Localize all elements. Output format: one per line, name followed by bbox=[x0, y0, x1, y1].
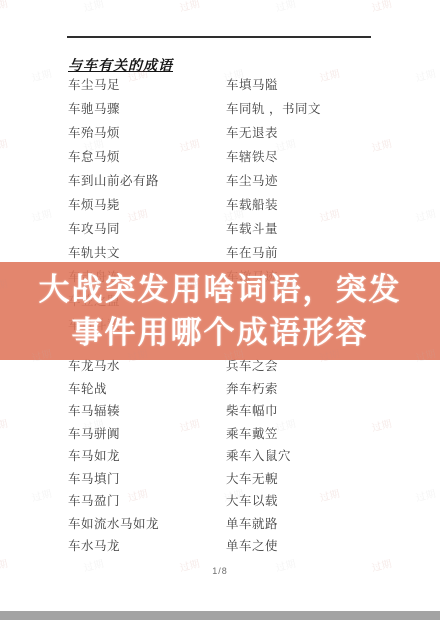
section-heading: 与车有关的成语 bbox=[68, 55, 173, 75]
idiom-item: 车尘马足 bbox=[68, 77, 120, 93]
idiom-item: 车尘马迹 bbox=[226, 173, 278, 189]
idiom-item: 车马辐辏 bbox=[68, 403, 120, 419]
banner-title-line1: 大战突发用啥词语，突发 bbox=[39, 268, 402, 311]
idiom-item: 车烦马毙 bbox=[68, 197, 120, 213]
idiom-item: 车殆马烦 bbox=[68, 125, 120, 141]
banner-title-line2: 事件用哪个成语形容 bbox=[72, 311, 369, 354]
watermark-stamp: 过期 bbox=[275, 0, 297, 14]
overlay-banner[interactable]: 大战突发用啥词语，突发 事件用哪个成语形容 bbox=[0, 262, 440, 360]
watermark-stamp: 过期 bbox=[371, 140, 393, 155]
idiom-item: 车轮战 bbox=[68, 381, 107, 397]
top-rule bbox=[67, 36, 371, 38]
idiom-item: 车马如龙 bbox=[68, 448, 120, 464]
idiom-item: 车马盈门 bbox=[68, 493, 120, 509]
idiom-item: 车载船装 bbox=[226, 197, 278, 213]
watermark-stamp: 过期 bbox=[31, 210, 53, 225]
watermark-stamp: 过期 bbox=[127, 490, 149, 505]
idiom-item: 车载斗量 bbox=[226, 221, 278, 237]
idiom-item: 车攻马同 bbox=[68, 221, 120, 237]
idiom-item: 大车以载 bbox=[226, 493, 278, 509]
idiom-item: 车龙马水 bbox=[68, 358, 120, 374]
watermark-stamp: 过期 bbox=[319, 70, 341, 85]
idiom-item: 兵车之会 bbox=[226, 358, 278, 374]
idiom-item: 大车无輗 bbox=[226, 471, 278, 487]
idiom-item: 车辖铁尽 bbox=[226, 149, 278, 165]
idiom-item: 奔车朽索 bbox=[226, 381, 278, 397]
watermark-stamp: 过期 bbox=[415, 490, 437, 505]
idiom-item: 车水马龙 bbox=[68, 538, 120, 554]
watermark-stamp: 过期 bbox=[371, 420, 393, 435]
idiom-item: 乘车入鼠穴 bbox=[226, 448, 291, 464]
idiom-item: 乘车戴笠 bbox=[226, 426, 278, 442]
watermark-stamp: 过期 bbox=[31, 70, 53, 85]
watermark-stamp: 过期 bbox=[415, 210, 437, 225]
idiom-item: 车马填门 bbox=[68, 471, 120, 487]
watermark-stamp: 过期 bbox=[415, 70, 437, 85]
idiom-item: 车怠马烦 bbox=[68, 149, 120, 165]
page-number: 1/8 bbox=[0, 566, 440, 576]
watermark-stamp: 过期 bbox=[179, 420, 201, 435]
watermark-stamp: 过期 bbox=[275, 420, 297, 435]
idiom-item: 车到山前必有路 bbox=[68, 173, 159, 189]
watermark-stamp: 过期 bbox=[83, 0, 105, 14]
watermark-stamp: 过期 bbox=[319, 490, 341, 505]
idiom-item: 单车就路 bbox=[226, 516, 278, 532]
idiom-item: 柴车幅巾 bbox=[226, 403, 278, 419]
idiom-item: 单车之使 bbox=[226, 538, 278, 554]
watermark-stamp: 过期 bbox=[0, 0, 9, 14]
watermark-stamp: 过期 bbox=[0, 140, 9, 155]
watermark-stamp: 过期 bbox=[179, 0, 201, 14]
watermark-stamp: 过期 bbox=[275, 140, 297, 155]
idiom-item: 车同轨 ，书同文 bbox=[226, 101, 321, 117]
idiom-item: 车驰马骤 bbox=[68, 101, 120, 117]
watermark-stamp: 过期 bbox=[0, 420, 9, 435]
idiom-item: 车填马隘 bbox=[226, 77, 278, 93]
watermark-stamp: 过期 bbox=[371, 0, 393, 14]
idiom-item: 车无退表 bbox=[226, 125, 278, 141]
watermark-stamp: 过期 bbox=[31, 490, 53, 505]
watermark-stamp: 过期 bbox=[179, 140, 201, 155]
watermark-stamp: 过期 bbox=[127, 210, 149, 225]
idiom-item: 车轨共文 bbox=[68, 245, 120, 261]
idiom-item: 车在马前 bbox=[226, 245, 278, 261]
idiom-item: 车马骈阗 bbox=[68, 426, 120, 442]
viewer-bottom-bar bbox=[0, 611, 440, 620]
document-page: 与车有关的成语 车尘马足车驰马骤车殆马烦车怠马烦车到山前必有路车烦马毙车攻马同车… bbox=[0, 0, 440, 620]
idiom-item: 车如流水马如龙 bbox=[68, 516, 159, 532]
watermark-stamp: 过期 bbox=[319, 210, 341, 225]
